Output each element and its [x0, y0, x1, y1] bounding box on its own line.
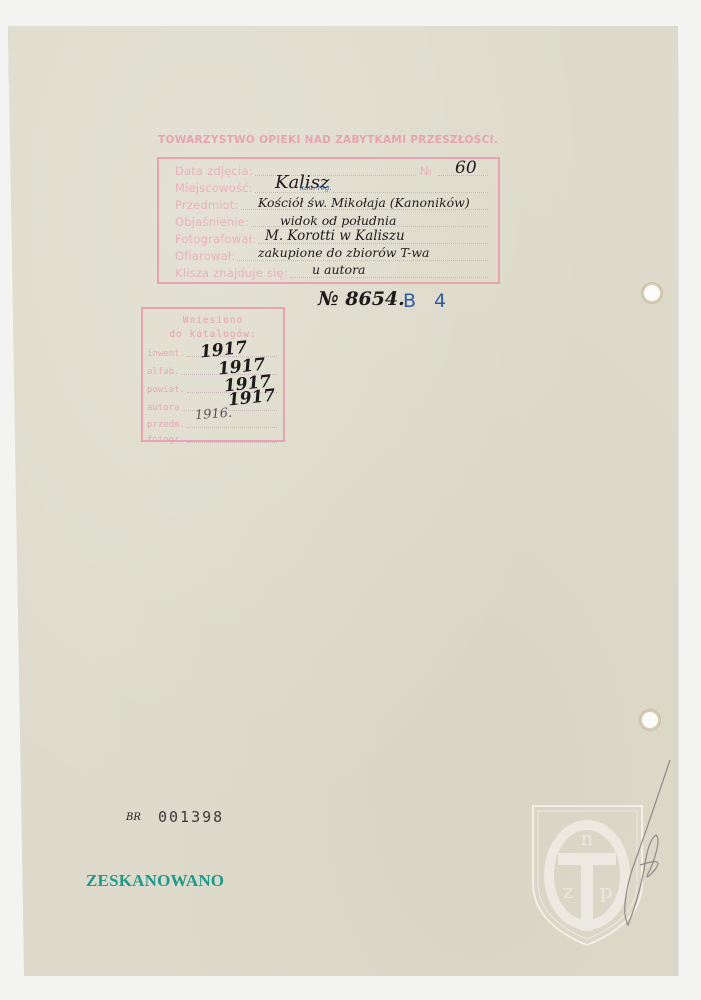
inventory-number: № 8654. — [318, 288, 405, 310]
scanned-stamp: ZESKANOWANO — [86, 871, 224, 891]
description-value: widok od południa — [280, 213, 396, 228]
field-label: Data zdjęcia: — [175, 164, 253, 178]
field-label: Miejscowość: — [175, 181, 253, 195]
serial-prefix: BR — [126, 812, 141, 823]
catalog-heading-2: do katalogów: — [143, 329, 283, 340]
svg-text:n: n — [581, 826, 594, 850]
field-photo-date: Data zdjęcia: № — [175, 163, 488, 178]
catalog-row-photo: fotogr. — [147, 433, 277, 445]
punch-hole-bottom — [642, 712, 658, 728]
field-label: Klisza znajduje się: — [175, 266, 288, 280]
subject-value: Kościół św. Mikołaja (Kanoników) — [258, 195, 470, 210]
inventory-blue-mark: 4 — [434, 290, 446, 312]
number-label: № — [420, 164, 432, 178]
inventory-suffix: B — [403, 290, 416, 312]
photographer-value: M. Korotti w Kaliszu — [265, 228, 405, 244]
negative-location-value: u autora — [312, 262, 366, 277]
field-label: Objaśnienie: — [175, 215, 249, 229]
catalog-heading-1: Wniesiono — [143, 315, 283, 326]
svg-text:z: z — [563, 879, 574, 903]
pencil-signature-icon — [610, 760, 680, 930]
field-label: Ofiarował: — [175, 249, 235, 263]
society-stamp-title: TOWARZYSTWO OPIEKI NAD ZABYTKAMI PRZESZŁ… — [158, 134, 508, 146]
field-label: Fotografował: — [175, 232, 256, 246]
photo-number-value: 60 — [455, 158, 477, 178]
catalog-year-subject: 1916. — [195, 406, 233, 424]
subject-blue-annotation: kan. reg. — [300, 184, 332, 192]
donor-value: zakupione do zbiorów T-wa — [258, 245, 430, 260]
serial-number: 001398 — [158, 808, 224, 826]
field-label: Przedmiot: — [175, 198, 239, 212]
faint-show-through — [250, 812, 520, 820]
punch-hole-top — [644, 285, 660, 301]
